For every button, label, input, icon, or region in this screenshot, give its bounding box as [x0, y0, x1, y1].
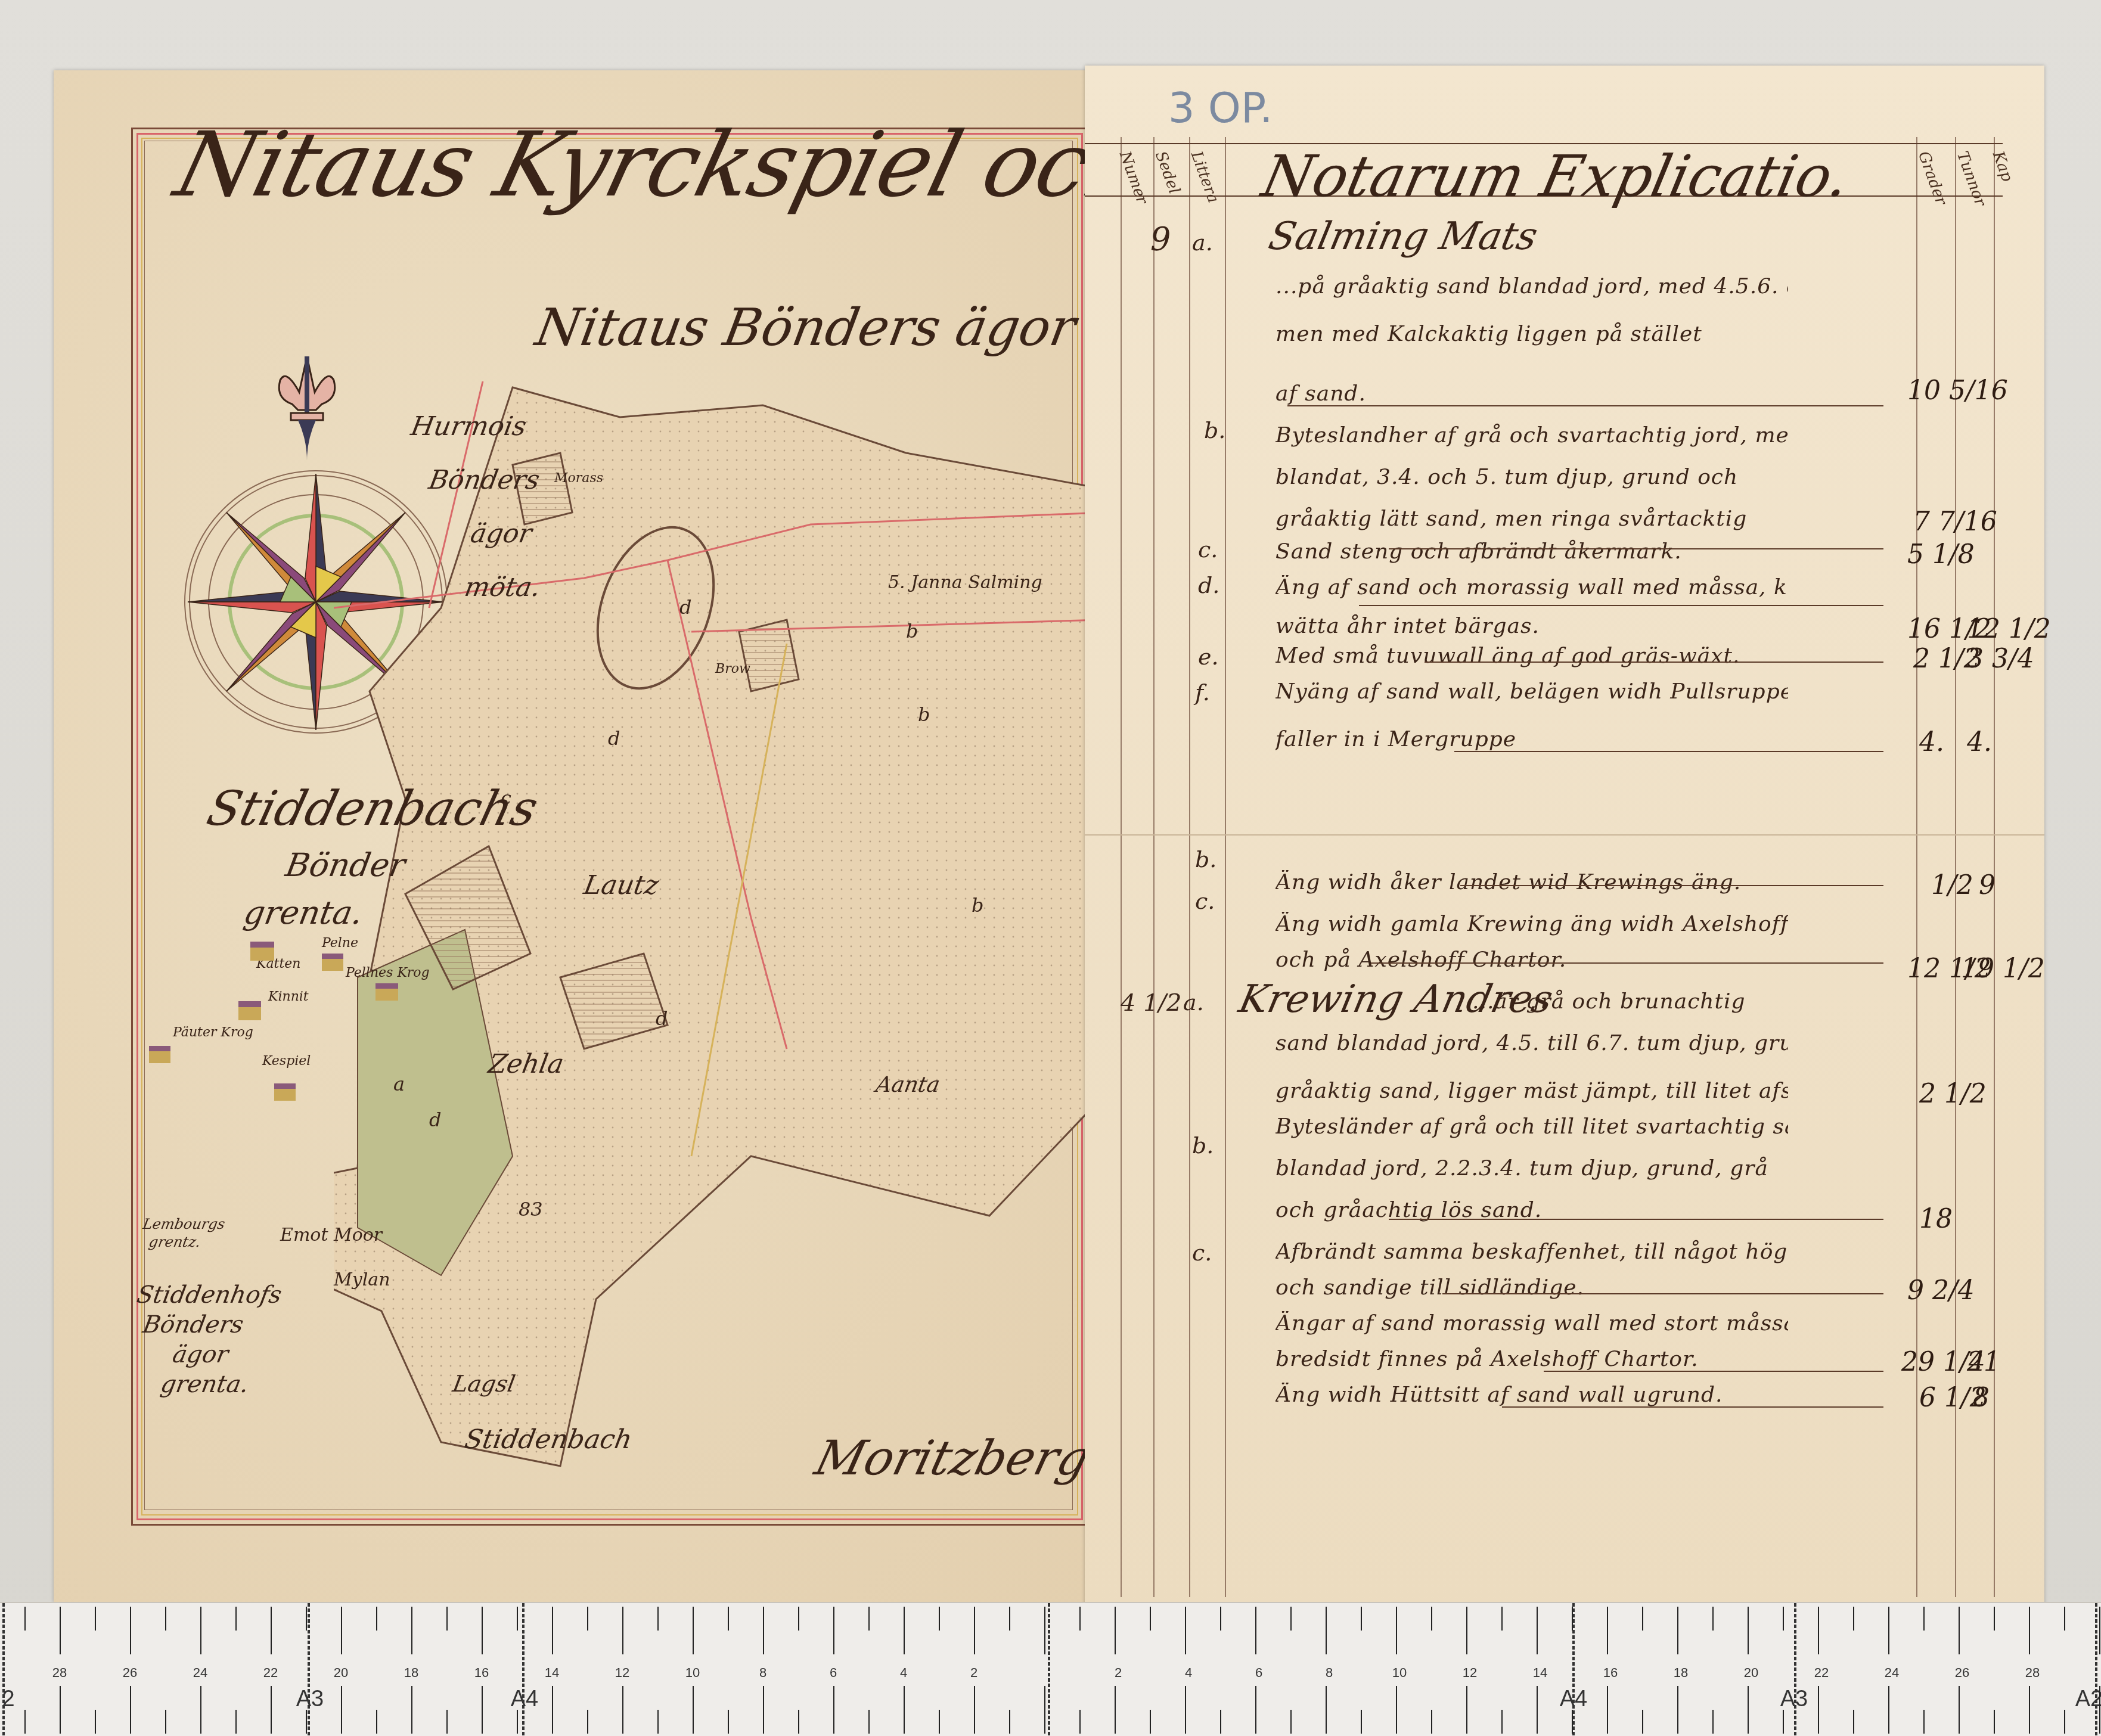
ruler-tick [1853, 1607, 1854, 1631]
pencil-archive-mark: 3 OP. [1168, 83, 1273, 132]
entry-text: Äng widh Hüttsitt af sand wall ugrund. [1276, 1383, 1788, 1407]
entry-text: och på Axelshoff Chartor. [1276, 948, 1788, 972]
ruler-tick [1607, 1607, 1608, 1654]
place-lagsl: Lagsl [451, 1371, 517, 1397]
value-grader: 9 2/4 [1907, 1275, 1975, 1306]
ruler-tick [24, 1710, 26, 1734]
ruler-tick [60, 1686, 61, 1734]
ruler-tick [271, 1607, 272, 1654]
ruler-tick [552, 1607, 553, 1654]
ruler-tick-label: 22 [263, 1665, 278, 1681]
value-tunnor: 19 1/2 [1961, 954, 2045, 984]
ruler-tick [1290, 1710, 1292, 1734]
entry-text: Byteslandher af grå och svartachtig jord… [1276, 423, 1788, 448]
column-header-grader: Grader [1914, 149, 1950, 207]
ruler-tick [376, 1710, 377, 1734]
parcel-letter: a [393, 1073, 405, 1095]
ruler-tick-label: 24 [1885, 1665, 1899, 1681]
label-stiddenhofs-agor: ägor [170, 1341, 231, 1368]
ruler-paper-label: A2 [2075, 1687, 2101, 1712]
ruler-tick [2099, 1607, 2100, 1654]
row-rule [1389, 1219, 1883, 1220]
ruler-tick [833, 1686, 834, 1734]
value-grader: 1/2 [1931, 870, 1973, 900]
ruler-tick [2029, 1607, 2030, 1654]
label-stiddenhofs: Stiddenhofs [135, 1281, 284, 1309]
label-hurmois: Hurmois [409, 411, 529, 442]
ruler-tick [1009, 1710, 1010, 1734]
row-letter: a. [1192, 229, 1213, 256]
ruler-tick [1853, 1710, 1854, 1734]
row-letter: c. [1192, 1240, 1212, 1266]
ruler-tick [482, 1686, 483, 1734]
ruler-paper-size-mark [1794, 1603, 1796, 1736]
entry-text: Sand steng och afbrändt åkermark. [1276, 539, 1788, 564]
entry-text: Äng af sand och morassig wall med måssa,… [1276, 575, 1788, 600]
house-icon [375, 983, 398, 1001]
entry-text: gråaktig lätt sand, men ringa svårtackti… [1276, 507, 1788, 531]
ruler-tick-label: 22 [1814, 1665, 1829, 1681]
row-rule [1425, 662, 1883, 663]
row-letter: e. [1198, 644, 1219, 670]
entry-number: 4 1/2 [1121, 989, 1182, 1017]
ruler-tick [376, 1607, 377, 1631]
ruler-tick [1712, 1607, 1714, 1631]
ruler-tick [165, 1607, 166, 1631]
ruler-tick [904, 1686, 905, 1734]
ruler-tick-label: 28 [2025, 1665, 2040, 1681]
ruler-tick [657, 1607, 659, 1631]
ruler-tick [1959, 1686, 1960, 1734]
ruler-tick [1150, 1710, 1151, 1734]
entry-text: blandat, 3.4. och 5. tum djup, grund och [1276, 465, 1788, 489]
column-rule [1225, 137, 1226, 1597]
ruler-tick [693, 1686, 694, 1734]
ruler-tick [1361, 1710, 1362, 1734]
column-rule [1121, 137, 1122, 1597]
row-letter: b. [1192, 1132, 1214, 1159]
ledger-title: Notarum Explicatio. [1256, 143, 1855, 210]
ruler-paper-size-mark [522, 1603, 525, 1736]
ruler-tick [657, 1710, 659, 1734]
entry-text: gråaktig sand, ligger mäst jämpt, till l… [1276, 1079, 1788, 1103]
house-icon [322, 954, 343, 971]
ruler-tick [306, 1607, 307, 1631]
place-brow: Brow [715, 662, 750, 676]
ruler-tick [1220, 1710, 1221, 1734]
ruler-tick [1818, 1607, 1819, 1654]
value-tunnor: 3 3/4 [1967, 644, 2034, 674]
value-tunnor: 12 1/2 [1967, 614, 2051, 644]
ruler-tick [1712, 1710, 1714, 1734]
row-letter: b. [1195, 846, 1216, 872]
ruler-tick [2064, 1607, 2065, 1631]
ruler-tick [1431, 1710, 1432, 1734]
house-icon [149, 1046, 170, 1063]
ruler-tick [1888, 1686, 1889, 1734]
ruler-tick [622, 1607, 623, 1654]
ruler-tick [763, 1686, 764, 1734]
ruler-tick [1642, 1710, 1643, 1734]
parcel-letter: d [608, 727, 620, 750]
row-rule [1502, 1406, 1883, 1408]
ruler-tick [728, 1607, 729, 1631]
ruler-tick [1009, 1607, 1010, 1631]
ruler-tick [1888, 1607, 1889, 1654]
column-rule [1153, 137, 1155, 1597]
measurement-ruler: 2 A3 A4 A4 A3 A2 28 26 24 22 20 18 16 14… [0, 1602, 2101, 1736]
ruler-paper-label: A4 [1560, 1687, 1587, 1712]
ruler-tick [974, 1607, 975, 1654]
ruler-paper-label: A3 [1780, 1687, 1808, 1712]
ruler-tick-label: 16 [474, 1665, 489, 1681]
ruler-paper-size-mark [2, 1603, 5, 1736]
value-tunnor: 9 [1979, 870, 1996, 900]
row-rule [1389, 548, 1883, 549]
ruler-tick [1079, 1607, 1081, 1631]
column-header-littera: Littera [1187, 149, 1222, 206]
ruler-paper-size-mark [308, 1603, 310, 1736]
column-header-sedel: Sedel [1152, 149, 1183, 196]
place-pellnes-krog: Pellnes Krog [346, 965, 430, 980]
ruler-tick-label: 12 [1463, 1665, 1477, 1681]
ruler-tick [1959, 1607, 1960, 1654]
ruler-tick-label: 6 [1255, 1665, 1262, 1681]
row-rule [1371, 962, 1883, 964]
entry-text: ...är grå och brunachtig [1472, 989, 1877, 1014]
ruler-tick [1290, 1607, 1292, 1631]
ruler-tick-label: 6 [830, 1665, 837, 1681]
row-rule [1544, 1371, 1883, 1372]
ruler-tick [1994, 1710, 1995, 1734]
place-zehla: Zehla [486, 1049, 566, 1079]
ruler-tick [1115, 1686, 1116, 1734]
column-rule [1189, 137, 1190, 1597]
ruler-tick [341, 1686, 342, 1734]
column-header-tunnor: Tunnor [1953, 149, 1990, 209]
ruler-tick [1255, 1607, 1256, 1654]
ruler-tick [1818, 1686, 1819, 1734]
column-rule [1994, 137, 1995, 1597]
ruler-tick-label: 12 [615, 1665, 629, 1681]
value-tunnor: 8 [1973, 1383, 1990, 1413]
row-rule [1359, 605, 1883, 606]
ruler-tick [587, 1710, 588, 1734]
house-icon [274, 1083, 296, 1101]
value-grader: 4. [1919, 727, 1944, 757]
entry-text: Nyäng af sand wall, belägen widh Pullsru… [1276, 679, 1788, 704]
ruler-tick-label: 8 [1326, 1665, 1333, 1681]
ruler-tick [1501, 1710, 1503, 1734]
ruler-tick [2099, 1686, 2100, 1734]
ruler-center-mark [1048, 1603, 1050, 1736]
ruler-tick-label: 20 [1744, 1665, 1758, 1681]
place-kinnit: Kinnit [268, 989, 309, 1004]
ruler-tick [763, 1607, 764, 1654]
entry-text: och sandige till sidländige. [1276, 1275, 1788, 1300]
ruler-tick [24, 1607, 26, 1631]
ruler-tick [622, 1686, 623, 1734]
ruler-tick [60, 1607, 61, 1654]
ruler-tick [95, 1710, 96, 1734]
value-grader: 2 1/2 [1919, 1079, 1987, 1109]
ruler-tick [1748, 1607, 1749, 1654]
ruler-tick [974, 1686, 975, 1734]
ruler-tick [200, 1607, 201, 1654]
ruler-tick [446, 1710, 448, 1734]
ruler-tick-label: 2 [1115, 1665, 1122, 1681]
ruler-tick [1220, 1607, 1221, 1631]
parcel-letter: b [906, 620, 918, 642]
ruler-tick-label: 10 [1392, 1665, 1407, 1681]
place-lautz: Lautz [582, 870, 662, 900]
house-icon [238, 1001, 261, 1020]
place-pelne: Pelne [322, 936, 358, 951]
entry-text: Med små tuvuwall äng af god gräs-wäxt. [1276, 644, 1788, 668]
ruler-paper-label: A3 [296, 1687, 324, 1712]
ruler-tick [1431, 1607, 1432, 1631]
parcel-letter: b [918, 703, 930, 726]
ruler-tick-label: 24 [193, 1665, 207, 1681]
label-hurmois-agor: ägor [468, 518, 535, 549]
entry-text: ...på gråaktig sand blandad jord, med 4.… [1276, 274, 1788, 299]
ruler-paper-label: A4 [511, 1687, 538, 1712]
ruler-tick [1607, 1686, 1608, 1734]
ruler-tick-label: 2 [970, 1665, 977, 1681]
ruler-tick [1748, 1686, 1749, 1734]
ruler-tick-label: 14 [1533, 1665, 1547, 1681]
ruler-tick [517, 1710, 518, 1734]
ruler-tick [1572, 1710, 1573, 1734]
label-lemburg: Lembourgs [142, 1216, 226, 1232]
ruler-tick [798, 1607, 799, 1631]
entry-name: Salming Mats [1265, 215, 1541, 259]
entry-text: Ängar af sand morassig wall med stort må… [1276, 1311, 1788, 1336]
row-letter: a. [1183, 989, 1204, 1015]
value-grader: 18 [1919, 1204, 1953, 1234]
ruler-tick [939, 1710, 940, 1734]
ruler-tick [1044, 1686, 1045, 1734]
label-stiddenbachs: Stiddenbachs [201, 781, 543, 836]
parcel-letter: c [501, 787, 511, 809]
ruler-tick [1923, 1607, 1925, 1631]
value-tunnor: 4. [1967, 727, 1992, 757]
ruler-tick-label: 18 [404, 1665, 418, 1681]
label-hurmois-bonders: Bönders [427, 465, 542, 495]
ruler-tick [1185, 1607, 1186, 1654]
label-lemburg-grentz: grentz. [148, 1234, 202, 1250]
ruler-tick-label: 20 [334, 1665, 348, 1681]
column-rule [1955, 137, 1956, 1597]
column-rule [1916, 137, 1917, 1597]
ruler-tick [1537, 1686, 1538, 1734]
parcel-letter: d [656, 1007, 668, 1030]
ruler-tick [1361, 1607, 1362, 1631]
entry-text: men med Kalckaktig liggen på stället [1276, 322, 1788, 346]
ruler-paper-label: 2 [2, 1687, 14, 1712]
ruler-tick [1572, 1607, 1573, 1631]
ruler-tick [200, 1686, 201, 1734]
ruler-tick [1783, 1607, 1784, 1631]
ruler-tick [868, 1710, 870, 1734]
ruler-tick [235, 1607, 237, 1631]
map-land-parcels [334, 381, 1103, 1478]
ruler-tick [868, 1607, 870, 1631]
ruler-tick-label: 10 [685, 1665, 700, 1681]
parcel-letter: b [972, 894, 983, 917]
ruler-tick [1923, 1710, 1925, 1734]
ruler-tick-label: 4 [1185, 1665, 1192, 1681]
ruler-tick-label: 28 [52, 1665, 67, 1681]
ruler-tick [482, 1607, 483, 1654]
ruler-tick [1783, 1710, 1784, 1734]
ruler-tick [1677, 1686, 1678, 1734]
entry-number: 9 [1150, 221, 1171, 258]
label-stiddenbachs-grenta: grenta. [241, 894, 365, 931]
ruler-tick-label: 8 [759, 1665, 766, 1681]
value-grader: 7 7/16 [1913, 507, 1997, 537]
label-stiddenhofs-bonders: Bönders [141, 1311, 246, 1339]
ruler-tick [1326, 1686, 1327, 1734]
column-header-kap: Kap [1989, 149, 2016, 184]
row-letter: c. [1198, 536, 1218, 563]
entry-text: bredsidt finnes på Axelshoff Chartor. [1276, 1347, 1788, 1371]
ruler-tick [1466, 1607, 1467, 1654]
ruler-tick [1150, 1607, 1151, 1631]
ruler-tick-label: 26 [1955, 1665, 1969, 1681]
ruler-tick [1044, 1607, 1045, 1654]
ruler-tick [306, 1710, 307, 1734]
ruler-tick [165, 1710, 166, 1734]
ruler-tick [411, 1686, 412, 1734]
row-letter: c. [1195, 888, 1215, 914]
ruler-tick [517, 1607, 518, 1631]
ruler-tick [693, 1607, 694, 1654]
row-letter: f. [1195, 679, 1210, 706]
value-tunnor: 21 [1967, 1347, 2000, 1377]
ruler-tick [1677, 1607, 1678, 1654]
ruler-tick [1466, 1686, 1467, 1734]
ruler-tick-label: 16 [1603, 1665, 1618, 1681]
ruler-tick [1255, 1686, 1256, 1734]
ruler-tick [904, 1607, 905, 1654]
row-letter: b. [1204, 417, 1225, 443]
ruler-paper-size-mark [2095, 1603, 2097, 1736]
ruler-tick [130, 1686, 131, 1734]
ruler-tick [833, 1607, 834, 1654]
ruler-tick [2064, 1710, 2065, 1734]
entry-text: faller in i Mergruppe [1276, 727, 1788, 751]
row-rule [1454, 751, 1883, 752]
ruler-tick-label: 14 [545, 1665, 559, 1681]
house-icon [250, 942, 274, 961]
label-hurmois-mota: möta. [463, 572, 543, 603]
entry-text: Äng widh gamla Krewing äng widh Axelshof… [1276, 912, 1788, 936]
place-morass: Morass [554, 471, 603, 486]
ruler-tick [341, 1607, 342, 1654]
place-aanta: Aanta [874, 1073, 942, 1097]
ruler-tick [1079, 1710, 1081, 1734]
entry-text: af sand. [1276, 381, 1788, 406]
ruler-tick [587, 1607, 588, 1631]
ruler-tick [1396, 1607, 1397, 1654]
row-rule [1287, 405, 1883, 406]
place-kespiel: Kespiel [262, 1054, 311, 1069]
place-pauter-krog: Päuter Krog [173, 1025, 253, 1040]
ruler-tick [1326, 1607, 1327, 1654]
ruler-tick [95, 1607, 96, 1631]
ruler-tick [1537, 1607, 1538, 1654]
value-grader: 5 1/8 [1907, 539, 1975, 570]
ruler-tick [235, 1710, 237, 1734]
ruler-tick [1185, 1686, 1186, 1734]
ruler-tick-label: 18 [1674, 1665, 1688, 1681]
parcel-letter: d [429, 1108, 441, 1131]
ruler-tick [939, 1607, 940, 1631]
entry-text: sand blandad jord, 4.5. till 6.7. tum dj… [1276, 1031, 1788, 1055]
map-subtitle: Nitaus Bönders ägor i N [531, 298, 1174, 358]
row-rule [1460, 885, 1883, 886]
value-grader: 10 5/16 [1907, 375, 2008, 406]
ruler-tick [130, 1607, 131, 1654]
ruler-tick [2029, 1686, 2030, 1734]
entry-text: blandad jord, 2.2.3.4. tum djup, grund, … [1276, 1156, 1788, 1181]
ruler-tick [798, 1710, 799, 1734]
place-stiddenbach: Stiddenbach [463, 1424, 635, 1455]
ruler-tick [1115, 1607, 1116, 1654]
ruler-tick [1396, 1686, 1397, 1734]
ruler-tick [1642, 1607, 1643, 1631]
row-letter: d. [1198, 572, 1219, 598]
parcel-letter: d [679, 596, 691, 619]
ruler-tick-label: 26 [123, 1665, 137, 1681]
entry-text: wätta åhr intet bärgas. [1276, 614, 1788, 638]
ruler-tick [1994, 1607, 1995, 1631]
place-mylan: Mylan [334, 1269, 390, 1290]
ledger-fold-line [1085, 834, 2044, 836]
ruler-tick [1501, 1607, 1503, 1631]
place-janna-salming: 5. Janna Salming [888, 572, 1042, 593]
entry-text: Bytesländer af grå och till litet svarta… [1276, 1114, 1788, 1139]
ruler-tick [411, 1607, 412, 1654]
entry-text: Afbrändt samma beskaffenhet, till något … [1276, 1240, 1788, 1264]
row-rule [1442, 1293, 1883, 1294]
parcel-letter: 83 [519, 1198, 543, 1221]
ruler-tick-label: 4 [900, 1665, 907, 1681]
ruler-tick [728, 1710, 729, 1734]
ruler-tick [446, 1607, 448, 1631]
place-emot-moor: Emot Moor [280, 1225, 382, 1246]
label-stiddenbachs-bonder: Bönder [283, 846, 408, 884]
ruler-tick [552, 1686, 553, 1734]
label-stiddenhofs-grenta: grenta. [159, 1371, 251, 1398]
fleur-de-lis-north-icon [274, 356, 340, 464]
entry-text: Äng widh åker landet wid Krewings äng. [1276, 870, 1788, 895]
ruler-tick [271, 1686, 272, 1734]
map-signature-moritzberg: Moritzberg [809, 1430, 1095, 1486]
